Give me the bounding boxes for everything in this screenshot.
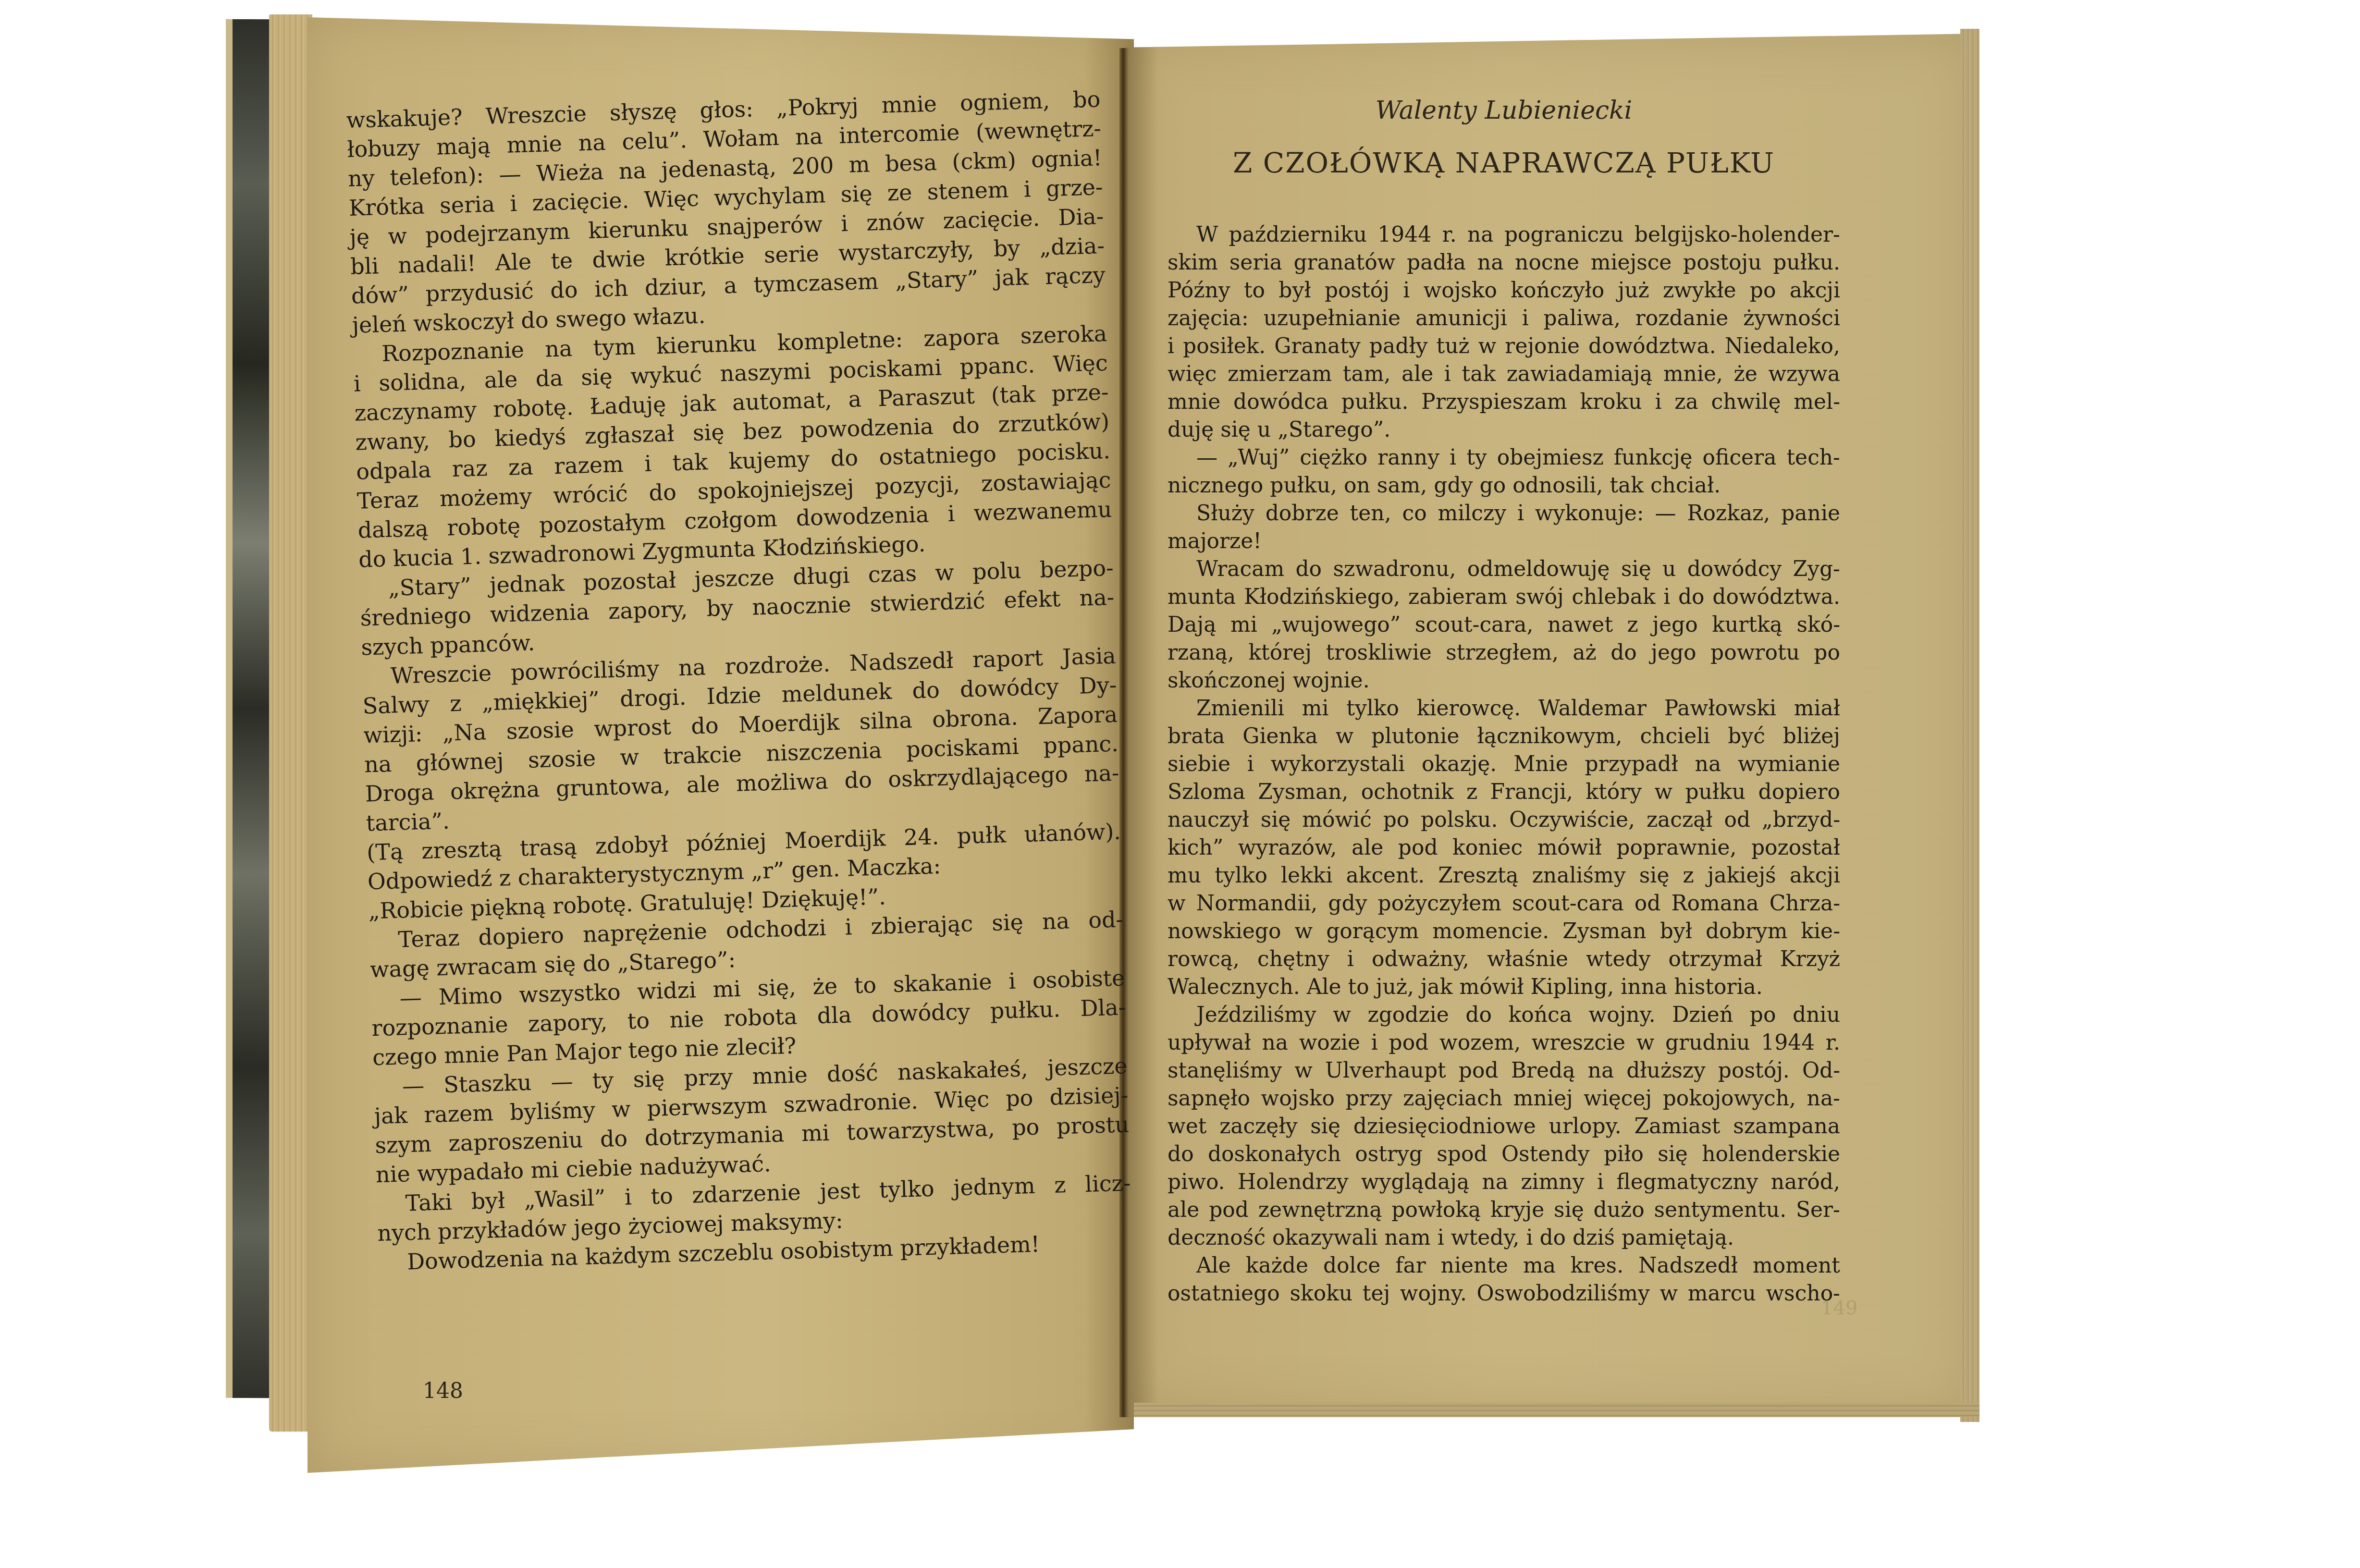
text-line: Ale każde dolce far niente ma kres. Nads… xyxy=(1168,1252,1840,1280)
text-line: — „Wuj” ciężko ranny i ty obejmiesz funk… xyxy=(1168,444,1840,472)
page-number-right: 149 xyxy=(1821,1297,1857,1319)
text-line: do doskonałych ostryg spod Ostendy piło … xyxy=(1168,1140,1840,1168)
text-line: sapnęło wojsko przy zajęciach mniej więc… xyxy=(1168,1085,1840,1113)
left-page-body-text: wskakuje? Wreszcie słyszę głos: „Pokryj … xyxy=(346,85,1133,1277)
text-line: mu tylko lekki akcent. Zresztą znaliśmy … xyxy=(1168,862,1840,890)
page-number-left: 148 xyxy=(423,1379,463,1403)
text-line: rowcą, chętny i odważny, właśnie wtedy o… xyxy=(1168,945,1840,973)
chapter-author: Walenty Lubieniecki xyxy=(1168,96,1840,125)
text-line: upływał na wozie i pod wozem, wreszcie w… xyxy=(1168,1029,1840,1057)
text-line: wet zaczęły się dziesięciodniowe urlopy.… xyxy=(1168,1113,1840,1140)
open-book: wskakuje? Wreszcie słyszę głos: „Pokryj … xyxy=(0,0,2360,1568)
text-line: Jeździliśmy w zgodzie do końca wojny. Dz… xyxy=(1168,1001,1840,1029)
text-line: duję się u „Starego”. xyxy=(1168,416,1840,444)
text-line: skończonej wojnie. xyxy=(1168,667,1840,695)
right-page-body-text: W październiku 1944 r. na pograniczu bel… xyxy=(1168,221,1840,1308)
text-line: deczność okazywali nam i wtedy, i do dzi… xyxy=(1168,1224,1840,1252)
text-line: nauczył się mówić po polsku. Oczywiście,… xyxy=(1168,806,1840,834)
text-line: mnie dowódca pułku. Przyspieszam kroku i… xyxy=(1168,388,1840,416)
text-line: kich” wyrazów, ale pod koniec mówił popr… xyxy=(1168,834,1840,862)
text-line: Służy dobrze ten, co milczy i wykonuje: … xyxy=(1168,500,1840,527)
text-line: ostatniego skoku tej wojny. Oswobodziliś… xyxy=(1168,1280,1840,1308)
text-line: zajęcia: uzupełnianie amunicji i paliwa,… xyxy=(1168,305,1840,332)
text-line: rzaną, której troskliwie strzegłem, aż d… xyxy=(1168,639,1840,667)
text-line: nicznego pułku, on sam, gdy go odnosili,… xyxy=(1168,472,1840,500)
text-line: munta Kłodzińskiego, zabieram swój chleb… xyxy=(1168,583,1840,611)
text-line: i posiłek. Granaty padły tuż w rejonie d… xyxy=(1168,332,1840,360)
text-line: siebie i wykorzystali okazję. Mnie przyp… xyxy=(1168,750,1840,778)
right-page-bottom-stack xyxy=(1134,1403,1979,1417)
chapter-title: Z CZOŁÓWKĄ NAPRAWCZĄ PUŁKU xyxy=(1168,147,1840,179)
text-line: ale pod zewnętrzną powłoką kryje się duż… xyxy=(1168,1196,1840,1224)
text-line: nowskiego w gorącym momencie. Zysman był… xyxy=(1168,918,1840,945)
text-line: piwo. Holendrzy wyglądają na zimny i fle… xyxy=(1168,1168,1840,1196)
text-line: skim seria granatów padła na nocne miejs… xyxy=(1168,249,1840,277)
text-line: brata Gienka w plutonie łącznikowym, chc… xyxy=(1168,723,1840,750)
text-line: Zmienili mi tylko kierowcę. Waldemar Paw… xyxy=(1168,695,1840,723)
book-cover-edge xyxy=(226,19,271,1398)
text-line: w Normandii, gdy pożyczyłem scout-cara o… xyxy=(1168,890,1840,918)
text-line: Wracam do szwadronu, odmeldowuję się u d… xyxy=(1168,555,1840,583)
text-line: Szloma Zysman, ochotnik z Francji, który… xyxy=(1168,778,1840,806)
text-line: Dają mi „wujowego” scout-cara, nawet z j… xyxy=(1168,611,1840,639)
text-line: więc zmierzam tam, ale i tak zawiadamiaj… xyxy=(1168,360,1840,388)
right-page-stack xyxy=(1960,29,1979,1422)
text-line: W październiku 1944 r. na pograniczu bel… xyxy=(1168,221,1840,249)
text-line: majorze! xyxy=(1168,527,1840,555)
text-line: stanęliśmy w Ulverhaupt pod Bredą na dłu… xyxy=(1168,1057,1840,1085)
text-line: Późny to był postój i wojsko kończyło ju… xyxy=(1168,277,1840,305)
left-page-stack xyxy=(269,14,312,1432)
text-line: Walecznych. Ale to już, jak mówił Kiplin… xyxy=(1168,973,1840,1001)
